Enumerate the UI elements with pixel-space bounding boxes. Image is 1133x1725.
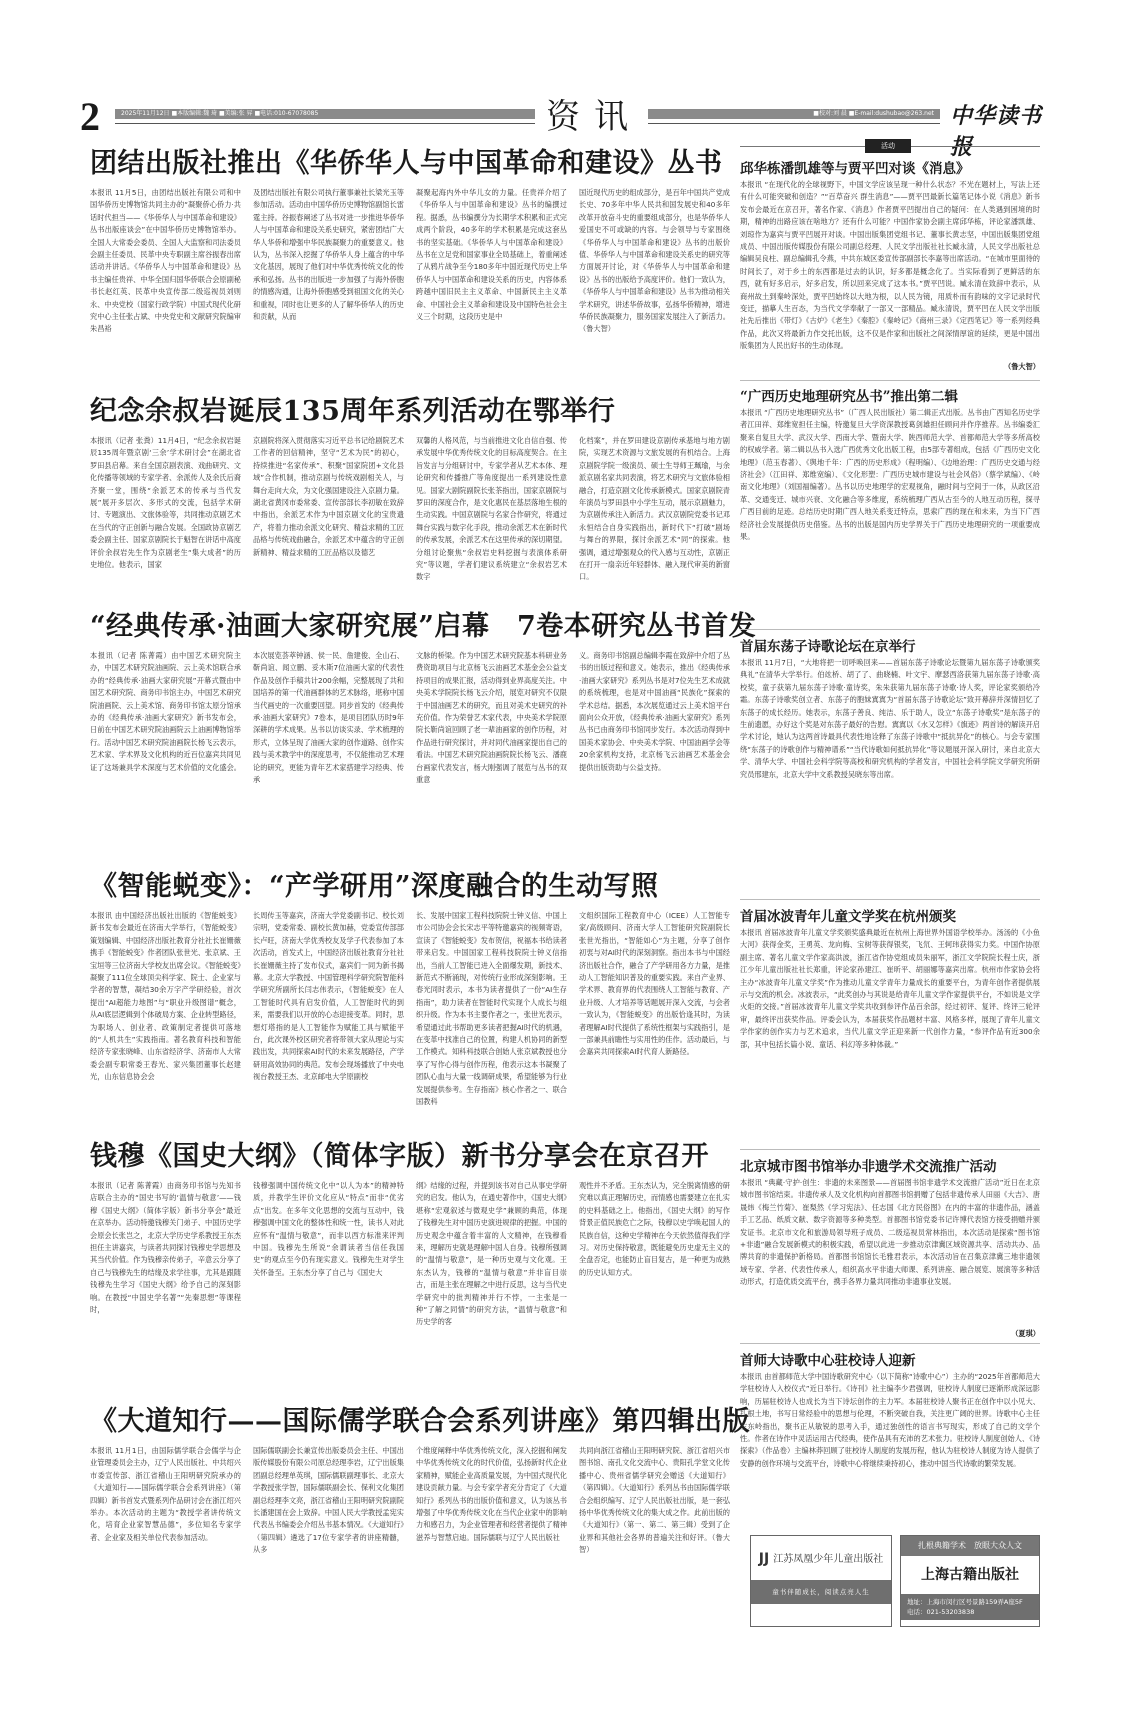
masthead: 2 2025年11月12日 ■本版编辑:魏 琦 ■美编:张 昇 ■电话:010-… (80, 95, 1055, 143)
article-column: 双馨的人格风范，与当前推进文化自信自强、传承发展中华优秀传统文化的目标高度契合。… (416, 435, 567, 613)
article-column: 国际儒联副会长兼宣传出版委员会主任、中国出版传媒股份有限公司原总经理李岩，辽宁出… (253, 1445, 404, 1631)
byline: （夏琪） (1011, 1329, 1040, 1339)
article-column: 长、发展中国家工程科技院院士钟义信、中国上市公司协会会长宋志平等特邀嘉宾的视频寄… (416, 910, 567, 1138)
sidebar-item: 首届冰波青年儿童文学奖在杭州颁奖 本报讯 首届冰波青年儿童文学奖颁奖盛典最近在杭… (740, 907, 1040, 1147)
section-title: 资讯 (540, 95, 648, 139)
article-column: 本报讯 11月1日，由国际儒学联合会儒学与企业管理委员会主办，辽宁人民出版社、中… (90, 1445, 241, 1631)
article-column: 国近现代历史的组成部分，是百年中国共产党成长史、70多年中华人民共和国发展史和4… (579, 187, 730, 395)
article-column: 本报讯（记者 张粪）11月4日，“纪念余叔岩诞辰135周年暨京剧‘三余’学术研讨… (90, 435, 241, 613)
article-headline: 《大道知行——国际儒学联合会系列讲座》第四辑出版 (90, 1405, 730, 1439)
sidebar-body: 本报讯 首届冰波青年儿童文学奖颁奖盛典最近在杭州上海世界外国语学校举办。汤汤的《… (740, 927, 1040, 1051)
divider (740, 629, 1040, 630)
sidebar: 活动 邱华栋潘凯雄等与贾平凹对谈《消息》 本报讯 “在现代化的全球视野下，中国文… (740, 137, 1040, 1557)
sidebar-body: 本报讯 “典藏·守护·创生：非遗的未来图景——首届图书馆非遗学术交流推广活动”近… (740, 1177, 1040, 1289)
divider (740, 1149, 1040, 1150)
sidebar-body: 本报讯 由首都师范大学中国诗歌研究中心（以下简称“诗歌中心”）主办的“2025年… (740, 1371, 1040, 1470)
byline: （鲁大智） (1004, 362, 1040, 372)
article: 团结出版社推出《华侨华人与中国革命和建设》丛书 本报讯 11月5日，由团结出版社… (90, 147, 730, 395)
sidebar-body: 本报讯 11月7日，“大地将把一切呼唤回来——首届东荡子诗歌论坛暨第九届东荡子诗… (740, 657, 1040, 781)
article-column: 义。商务印书馆副总编辑李霞在致辞中介绍了丛书的出版过程和意义。她表示，推出《经典… (579, 650, 730, 860)
sidebar-item: 首届东荡子诗歌论坛在京举行 本报讯 11月7日，“大地将把一切呼唤回来——首届东… (740, 637, 1040, 895)
article-column: 本报讯（记者 陈菁霞）由商务印书馆与先知书店联合主办的“国史书写的‘温情与敬意’… (90, 1180, 241, 1393)
sidebar-body: 本报讯 “广西历史地理研究丛书”（广西人民出版社）第二辑正式出版。丛书由广西知名… (740, 407, 1040, 543)
article-column: 长周传玉等嘉宾，济南大学党委副书记、校长刘宗明，党委常委、副校长黄加赫，党委宣传… (253, 910, 404, 1138)
ad-tagline: 扎根典籍学术 放眼大众人文 (901, 1536, 1039, 1556)
publisher-name: JJ江苏凤凰少年儿童出版社 (751, 1536, 891, 1580)
article: 纪念余叔岩诞辰135周年系列活动在鄂举行 本报讯（记者 张粪）11月4日，“纪念… (90, 395, 730, 613)
left-info-bar: 2025年11月12日 ■本版编辑:魏 琦 ■美编:张 昇 ■电话:010-67… (115, 109, 535, 119)
section-tag-label: 活动 (865, 139, 911, 153)
sidebar-heading: “广西历史地理研究丛书”推出第二辑 (740, 387, 1040, 407)
article-column: 观性并不矛盾。王东杰认为，完全脱离情感的研究难以真正理解历史，而情感也需要建立在… (579, 1180, 730, 1393)
sidebar-body: 本报讯 “在现代化的全球视野下，中国文学应该呈现一种什么状态？不光在题材上，写法… (740, 179, 1040, 353)
article-headline: 钱穆《国史大纲》（简体字版）新书分享会在京召开 (90, 1140, 730, 1174)
article-column: 纲》结缘的过程，并提到该书对自己从事史学研究的启发。他认为，在通史著作中，《国史… (416, 1180, 567, 1393)
page-number: 2 (80, 95, 100, 139)
article: 《大道知行——国际儒学联合会系列讲座》第四辑出版 本报讯 11月1日，由国际儒学… (90, 1405, 730, 1631)
article-column: 个维度阐释中华优秀传统文化，深入挖掘和阐发中华优秀传统文化的时代价值，弘扬新时代… (416, 1445, 567, 1631)
sidebar-heading: 首师大诗歌中心驻校诗人迎新 (740, 1351, 1040, 1371)
divider (740, 380, 1040, 381)
divider (648, 123, 940, 124)
article: 钱穆《国史大纲》（简体字版）新书分享会在京召开 本报讯（记者 陈菁霞）由商务印书… (90, 1140, 730, 1393)
article-column: 京剧院将深入贯彻落实习近平总书记给剧院艺术工作者的回信精神，坚守“艺术为民”的初… (253, 435, 404, 613)
article-column: 凝聚起海内外中华儿女的力量。任贵祥介绍了《华侨华人与中国革命和建设》丛书的编撰过… (416, 187, 567, 395)
article-column: 文组织国际工程教育中心（ICEE）人工智能专家/高级顾问、济南大学人工智能研究院… (579, 910, 730, 1138)
divider (115, 123, 535, 124)
sidebar-heading: 北京城市图书馆举办非遗学术交流推广活动 (740, 1157, 1040, 1177)
article-column: 本报讯 由中国经济出版社出版的《智能蜕变》新书发布会最近在济南大学举行，《智能蜕… (90, 910, 241, 1138)
ad-address: 地址：上海市闵行区号景路159弄A座5F (907, 1597, 1033, 1607)
article-column: 共同向浙江省稽山王阳明研究院、浙江省绍兴市图书馆、南孔文化交流中心、贵阳孔学堂文… (579, 1445, 730, 1631)
article-column: 本报讯（记者 陈菁霞）由中国艺术研究院主办，中国艺术研究院油画院、云上美术馆联合… (90, 650, 241, 860)
article-column: 化档案”，并在罗田建设京剧传承基地与地方剧院，实现艺术资源与文旅发展的有机结合。… (579, 435, 730, 613)
article-headline: “经典传承·油画大家研究展”启幕 7卷本研究丛书首发 (90, 610, 730, 644)
article: “经典传承·油画大家研究展”启幕 7卷本研究丛书首发 本报讯（记者 陈菁霞）由中… (90, 610, 730, 860)
sidebar-heading: 邱华栋潘凯雄等与贾平凹对谈《消息》 (740, 159, 1040, 179)
newspaper-page: 2 2025年11月12日 ■本版编辑:魏 琦 ■美编:张 昇 ■电话:010-… (80, 95, 1055, 1655)
article-column: 及团结出版社有限公司执行董事兼社长梁光玉等参加活动。活动由中国华侨历史博物馆副馆… (253, 187, 404, 395)
ad-shanghai-guji[interactable]: 扎根典籍学术 放眼大众人文 上海古籍出版社 地址：上海市闵行区号景路159弄A座… (900, 1535, 1040, 1627)
article-headline: 纪念余叔岩诞辰135周年系列活动在鄂举行 (90, 395, 730, 429)
publisher-name: 上海古籍出版社 (901, 1556, 1039, 1594)
ad-phone: 电话：021-53203838 (907, 1607, 1033, 1617)
ad-jiangsu-phoenix[interactable]: JJ江苏凤凰少年儿童出版社 童书伴随成长，阅读点亮人生 (750, 1535, 892, 1627)
right-info-bar: ■校对:刘 晨 ■E-mail:dushubao@263.net (648, 109, 940, 119)
sidebar-item: 首师大诗歌中心驻校诗人迎新 本报讯 由首都师范大学中国诗歌研究中心（以下简称“诗… (740, 1351, 1040, 1551)
ad-contact: 地址：上海市闵行区号景路159弄A座5F 电话：021-53203838 (901, 1594, 1039, 1620)
publisher-logo-icon: JJ (759, 1551, 769, 1567)
article-column: 文脉的桥梁。作为中国艺术研究院基本科研业务费资助项目与北京杨飞云油画艺术基金会公… (416, 650, 567, 860)
sidebar-heading: 首届东荡子诗歌论坛在京举行 (740, 637, 1040, 657)
divider (740, 899, 1040, 900)
sidebar-item: 邱华栋潘凯雄等与贾平凹对谈《消息》 本报讯 “在现代化的全球视野下，中国文学应该… (740, 159, 1040, 377)
section-tag: 活动 (740, 137, 1040, 151)
ad-slogan: 童书伴随成长，阅读点亮人生 (751, 1580, 891, 1604)
article-headline: 团结出版社推出《华侨华人与中国革命和建设》丛书 (90, 147, 730, 181)
sidebar-item: 北京城市图书馆举办非遗学术交流推广活动 本报讯 “典藏·守护·创生：非遗的未来图… (740, 1157, 1040, 1327)
sidebar-heading: 首届冰波青年儿童文学奖在杭州颁奖 (740, 907, 1040, 927)
sidebar-item: “广西历史地理研究丛书”推出第二辑 本报讯 “广西历史地理研究丛书”（广西人民出… (740, 387, 1040, 617)
article: 《智能蜕变》：“产学研用”深度融合的生动写照 本报讯 由中国经济出版社出版的《智… (90, 870, 730, 1138)
article-column: 本报讯 11月5日，由团结出版社有限公司和中国华侨历史博物馆共同主办的“凝聚侨心… (90, 187, 241, 395)
publisher-label: 江苏凤凰少年儿童出版社 (773, 1554, 883, 1565)
divider (740, 1343, 1040, 1344)
article-column: 钱穆强调中国传统文化中“以人为本”的精神特质，并教学生评价文化应从“特点”而非“… (253, 1180, 404, 1393)
article-column: 本次展览荟萃钟涵、侯一民、詹建俊、全山石、靳尚谊、闻立鹏、妥木斯7位油画大家的代… (253, 650, 404, 860)
article-headline: 《智能蜕变》：“产学研用”深度融合的生动写照 (90, 870, 730, 904)
